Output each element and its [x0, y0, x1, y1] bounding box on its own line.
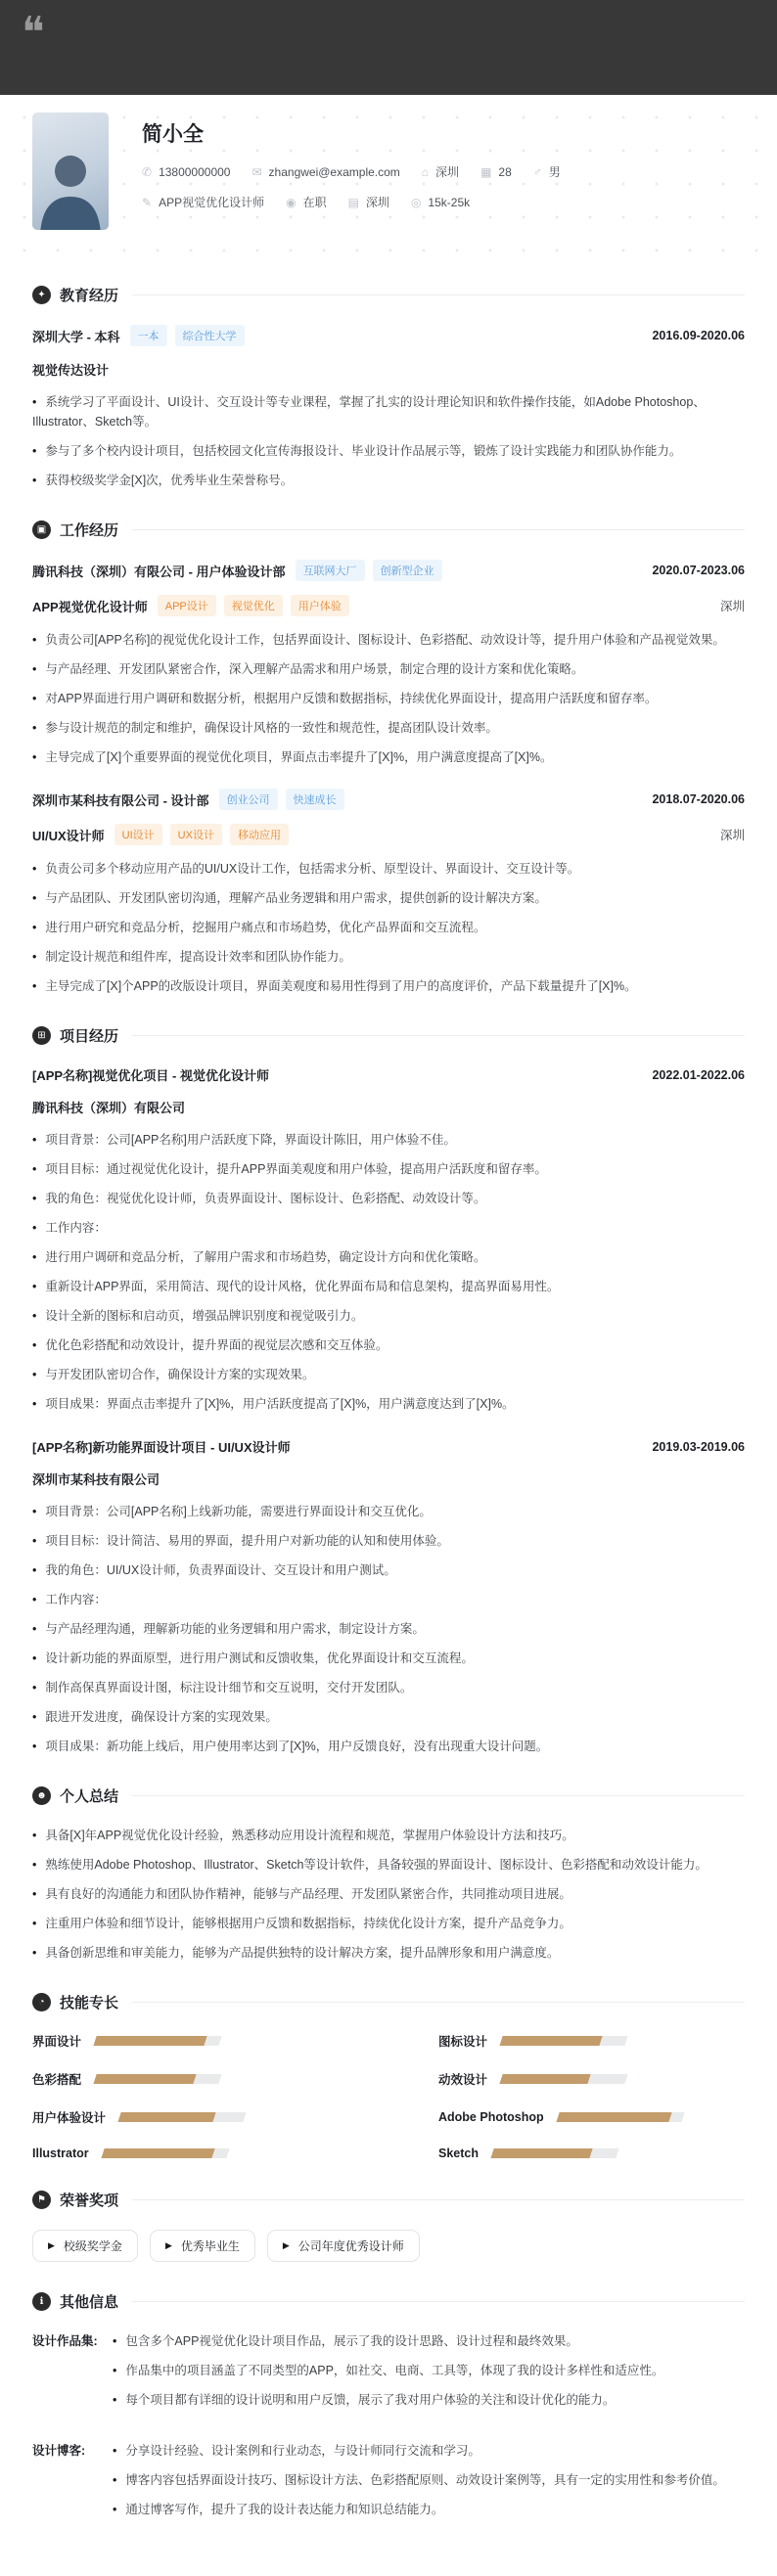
- skill-bar: [93, 2074, 221, 2084]
- contact-item: ▦ 28: [480, 165, 512, 179]
- play-icon: ▶: [165, 2240, 172, 2251]
- section-title: 项目经历: [60, 1025, 118, 1046]
- other-group: 设计作品集: •包含多个APP视觉优化设计项目作品，展示了我的设计思路、设计过程…: [32, 2331, 745, 2419]
- bullet-item: •通过博客写作，提升了我的设计表达能力和知识总结能力。: [113, 2500, 745, 2519]
- contact-text: 深圳: [435, 163, 459, 180]
- bullet-item: •项目背景：公司[APP名称]上线新功能，需要进行界面设计和交互优化。: [32, 1502, 745, 1521]
- bullet-item: •我的角色：UI/UX设计师，负责界面设计、交互设计和用户测试。: [32, 1560, 745, 1580]
- contact-text: 13800000000: [159, 165, 230, 179]
- skill-bar-fill: [556, 2112, 671, 2122]
- skill-label: 界面设计: [32, 2032, 81, 2050]
- resume-page: ❝ 简小全 ✆ 13800000000 ✉ zhangwei@example.c…: [0, 0, 777, 2576]
- section-divider: [132, 1035, 745, 1036]
- home-icon: ⌂: [422, 165, 429, 179]
- skill-bar-fill: [101, 2148, 214, 2158]
- bullet-item: •博客内容包括界面设计技巧、图标设计方法、色彩搭配原则、动效设计案例等，具有一定…: [113, 2470, 745, 2490]
- project-date: 2022.01-2022.06: [652, 1068, 745, 1082]
- section-title: 工作经历: [60, 520, 118, 540]
- education-date: 2016.09-2020.06: [652, 329, 745, 342]
- bullet-item: •设计新功能的界面原型，进行用户测试和反馈收集，优化界面设计和交互流程。: [32, 1649, 745, 1668]
- skill-item: 色彩搭配: [32, 2070, 438, 2088]
- role-tag: 移动应用: [230, 824, 289, 845]
- section-title: 其他信息: [60, 2291, 118, 2312]
- contact-text: 28: [498, 165, 511, 179]
- contact-text: 男: [549, 163, 561, 180]
- project-item: [APP名称]视觉优化项目 - 视觉优化设计师 2022.01-2022.06 …: [32, 1065, 745, 1414]
- bullet-item: •项目成果：界面点击率提升了[X]%，用户活跃度提高了[X]%，用户满意度达到了…: [32, 1394, 745, 1414]
- skill-bar: [93, 2036, 221, 2046]
- section-awards: ⚑ 荣誉奖项 ▶ 校级奖学金 ▶ 优秀毕业生 ▶ 公司年度优秀设计师: [0, 2190, 777, 2262]
- skill-bar-fill: [117, 2112, 216, 2122]
- city-icon: ▤: [348, 196, 359, 209]
- project-bullets: •项目背景：公司[APP名称]上线新功能，需要进行界面设计和交互优化。•项目目标…: [32, 1502, 745, 1756]
- bullet-item: •进行用户研究和竞品分析，挖掘用户痛点和市场趋势，优化产品界面和交互流程。: [32, 918, 745, 937]
- section-title: 技能专长: [60, 1992, 118, 2012]
- skill-label: 用户体验设计: [32, 2108, 106, 2126]
- project-company: 腾讯科技（深圳）有限公司: [32, 1098, 745, 1116]
- award-pill[interactable]: ▶ 公司年度优秀设计师: [267, 2230, 420, 2262]
- project-company: 深圳市某科技有限公司: [32, 1469, 745, 1488]
- play-icon: ▶: [48, 2240, 55, 2251]
- other-info-icon: ℹ: [32, 2292, 51, 2311]
- job-bullets: •负责公司多个移动应用产品的UI/UX设计工作，包括需求分析、原型设计、界面设计…: [32, 859, 745, 996]
- company-tag: 创业公司: [219, 789, 278, 810]
- section-divider: [132, 529, 745, 530]
- contact-item: ✆ 13800000000: [142, 165, 230, 179]
- bullet-item: •获得校级奖学金[X]次，优秀毕业生荣誉称号。: [32, 471, 745, 490]
- project-name: [APP名称]新功能界面设计项目 - UI/UX设计师: [32, 1437, 291, 1456]
- section-summary: ☻ 个人总结 •具备[X]年APP视觉优化设计经验，熟悉移动应用设计流程和规范，…: [0, 1785, 777, 1963]
- bullet-item: •主导完成了[X]个重要界面的视觉优化项目，界面点击率提升了[X]%，用户满意度…: [32, 747, 745, 767]
- bullet-item: •与产品经理沟通，理解新功能的业务逻辑和用户需求，制定设计方案。: [32, 1619, 745, 1639]
- bullet-item: •项目目标：通过视觉优化设计，提升APP界面美观度和用户体验，提高用户活跃度和留…: [32, 1159, 745, 1179]
- section-divider: [132, 2301, 745, 2302]
- role-tag: UX设计: [170, 824, 222, 845]
- contact-row-1: ✆ 13800000000 ✉ zhangwei@example.com ⌂ 深…: [142, 163, 582, 180]
- job-company: 腾讯科技（深圳）有限公司 - 用户体验设计部: [32, 562, 286, 580]
- section-other: ℹ 其他信息 设计作品集: •包含多个APP视觉优化设计项目作品，展示了我的设计…: [0, 2291, 777, 2529]
- bullet-item: •跟进开发进度，确保设计方案的实现效果。: [32, 1707, 745, 1727]
- bullet-item: •项目背景：公司[APP名称]用户活跃度下降，界面设计陈旧，用户体验不佳。: [32, 1130, 745, 1150]
- section-education: ✦ 教育经历 深圳大学 - 本科 一本综合性大学 2016.09-2020.06…: [0, 285, 777, 490]
- bullet-item: •熟练使用Adobe Photoshop、Illustrator、Sketch等…: [32, 1855, 745, 1875]
- bullet-item: •制定设计规范和组件库，提高设计效率和团队协作能力。: [32, 947, 745, 967]
- award-pill[interactable]: ▶ 校级奖学金: [32, 2230, 138, 2262]
- skill-label: 色彩搭配: [32, 2070, 81, 2088]
- company-tag: 快速成长: [286, 789, 344, 810]
- section-divider: [132, 1795, 745, 1796]
- section-projects: ⊞ 项目经历 [APP名称]视觉优化项目 - 视觉优化设计师 2022.01-2…: [0, 1025, 777, 1756]
- job-date: 2020.07-2023.06: [652, 564, 745, 577]
- bullet-item: •负责公司[APP名称]的视觉优化设计工作，包括界面设计、图标设计、色彩搭配、动…: [32, 630, 745, 650]
- award-label: 优秀毕业生: [181, 2237, 240, 2254]
- section-title: 荣誉奖项: [60, 2190, 118, 2210]
- mail-icon: ✉: [251, 165, 261, 179]
- bullet-item: •与开发团队密切合作，确保设计方案的实现效果。: [32, 1365, 745, 1384]
- contact-item: ⌂ 深圳: [422, 163, 459, 180]
- skill-bar: [117, 2112, 246, 2122]
- contact-text: 深圳: [366, 194, 389, 210]
- other-group-label: 设计作品集:: [32, 2331, 113, 2419]
- profile-header: 简小全 ✆ 13800000000 ✉ zhangwei@example.com…: [0, 95, 777, 255]
- school-name: 深圳大学 - 本科: [32, 327, 120, 345]
- summary-icon: ☻: [32, 1786, 51, 1805]
- company-tag: 创新型企业: [373, 560, 442, 581]
- awards-icon: ⚑: [32, 2191, 51, 2209]
- bullet-item: •进行用户调研和竞品分析，了解用户需求和市场趋势，确定设计方向和优化策略。: [32, 1247, 745, 1267]
- project-bullets: •项目背景：公司[APP名称]用户活跃度下降，界面设计陈旧，用户体验不佳。•项目…: [32, 1130, 745, 1414]
- bullet-item: •项目目标：设计简洁、易用的界面，提升用户对新功能的认知和使用体验。: [32, 1531, 745, 1551]
- project-item: [APP名称]新功能界面设计项目 - UI/UX设计师 2019.03-2019…: [32, 1437, 745, 1756]
- status-icon: ◉: [286, 196, 296, 209]
- section-title: 教育经历: [60, 285, 118, 305]
- skill-bar: [499, 2074, 627, 2084]
- award-pill[interactable]: ▶ 优秀毕业生: [150, 2230, 255, 2262]
- gender-icon: ♂: [533, 165, 542, 179]
- section-title: 个人总结: [60, 1785, 118, 1806]
- job-location: 深圳: [720, 597, 745, 614]
- section-work: ▣ 工作经历 腾讯科技（深圳）有限公司 - 用户体验设计部 互联网大厂创新型企业…: [0, 520, 777, 996]
- skill-bar: [556, 2112, 684, 2122]
- job-location: 深圳: [720, 826, 745, 843]
- bullet-item: •优化色彩搭配和动效设计，提升界面的视觉层次感和交互体验。: [32, 1335, 745, 1355]
- other-group: 设计博客: •分享设计经验、设计案例和行业动态，与设计师同行交流和学习。•博客内…: [32, 2441, 745, 2529]
- bullet-item: •作品集中的项目涵盖了不同类型的APP，如社交、电商、工具等，体现了我的设计多样…: [113, 2361, 745, 2380]
- award-label: 校级奖学金: [64, 2237, 122, 2254]
- skill-label: Illustrator: [32, 2147, 89, 2160]
- profile-name: 简小全: [142, 118, 582, 148]
- bullet-item: •主导完成了[X]个APP的改版设计项目，界面美观度和易用性得到了用户的高度评价…: [32, 976, 745, 996]
- bullet-item: •具备[X]年APP视觉优化设计经验，熟悉移动应用设计流程和规范，掌握用户体验设…: [32, 1826, 745, 1845]
- top-dark-bar: ❝: [0, 0, 777, 95]
- project-date: 2019.03-2019.06: [652, 1440, 745, 1454]
- bullet-item: •与产品经理、开发团队紧密合作，深入理解产品需求和用户场景，制定合理的设计方案和…: [32, 659, 745, 679]
- skill-bar-fill: [93, 2036, 206, 2046]
- bullet-item: •工作内容：: [32, 1590, 745, 1609]
- contact-item: ◎ 15k-25k: [411, 196, 470, 209]
- school-tag: 一本: [130, 325, 167, 346]
- section-divider: [132, 2002, 745, 2003]
- job-bullets: •负责公司[APP名称]的视觉优化设计工作，包括界面设计、图标设计、色彩搭配、动…: [32, 630, 745, 767]
- bullet-item: •工作内容：: [32, 1218, 745, 1238]
- skill-label: Adobe Photoshop: [438, 2110, 544, 2124]
- bullet-item: •每个项目都有详细的设计说明和用户反馈，展示了我对用户体验的关注和设计优化的能力…: [113, 2390, 745, 2410]
- skill-item: 用户体验设计: [32, 2108, 438, 2126]
- skill-item: Sketch: [438, 2147, 745, 2160]
- skill-label: 图标设计: [438, 2032, 487, 2050]
- contact-text: APP视觉优化设计师: [159, 194, 264, 210]
- quote-icon: ❝: [22, 12, 45, 55]
- skill-bar-fill: [499, 2036, 603, 2046]
- bullet-item: •项目成果：新功能上线后，用户使用率达到了[X]%，用户反馈良好，没有出现重大设…: [32, 1737, 745, 1756]
- skill-item: Illustrator: [32, 2147, 438, 2160]
- bullet-item: •参与设计规范的制定和维护，确保设计风格的一致性和规范性，提高团队设计效率。: [32, 718, 745, 738]
- skill-bar: [490, 2148, 618, 2158]
- skill-item: 界面设计: [32, 2032, 438, 2050]
- bullet-item: •包含多个APP视觉优化设计项目作品，展示了我的设计思路、设计过程和最终效果。: [113, 2331, 745, 2351]
- skill-bar-fill: [490, 2148, 592, 2158]
- portrait-silhouette: [32, 140, 109, 230]
- skill-label: Sketch: [438, 2147, 479, 2160]
- role-tag: 视觉优化: [224, 595, 283, 616]
- contact-item: ✎ APP视觉优化设计师: [142, 194, 264, 210]
- job-company: 深圳市某科技有限公司 - 设计部: [32, 791, 209, 809]
- other-group-bullets: •分享设计经验、设计案例和行业动态，与设计师同行交流和学习。•博客内容包括界面设…: [113, 2441, 745, 2529]
- job-date: 2018.07-2020.06: [652, 792, 745, 806]
- other-group-bullets: •包含多个APP视觉优化设计项目作品，展示了我的设计思路、设计过程和最终效果。•…: [113, 2331, 745, 2419]
- bullet-item: •设计全新的图标和启动页，增强品牌识别度和视觉吸引力。: [32, 1306, 745, 1326]
- job-item: 深圳市某科技有限公司 - 设计部 创业公司快速成长 2018.07-2020.0…: [32, 789, 745, 996]
- bullet-item: •对APP界面进行用户调研和数据分析，根据用户反馈和数据指标，持续优化界面设计，…: [32, 689, 745, 708]
- bullet-item: •具备创新思维和审美能力，能够为产品提供独特的设计解决方案，提升品牌形象和用户满…: [32, 1943, 745, 1963]
- contact-item: ✉ zhangwei@example.com: [251, 165, 399, 179]
- contact-item: ▤ 深圳: [348, 194, 389, 210]
- contact-item: ♂ 男: [533, 163, 561, 180]
- bullet-item: •分享设计经验、设计案例和行业动态，与设计师同行交流和学习。: [113, 2441, 745, 2461]
- skill-item: 图标设计: [438, 2032, 745, 2050]
- bullet-item: •注重用户体验和细节设计，能够根据用户反馈和数据指标，持续优化设计方案，提升产品…: [32, 1914, 745, 1933]
- salary-icon: ◎: [411, 196, 421, 209]
- skill-bar-fill: [93, 2074, 197, 2084]
- bullet-item: •具有良好的沟通能力和团队协作精神，能够与产品经理、开发团队紧密合作，共同推动项…: [32, 1884, 745, 1904]
- work-icon: ▣: [32, 520, 51, 539]
- skills-icon: ◔: [32, 1993, 51, 2011]
- section-divider: [132, 2199, 745, 2200]
- bullet-item: •系统学习了平面设计、UI设计、交互设计等专业课程，掌握了扎实的设计理论知识和软…: [32, 392, 745, 431]
- contact-item: ◉ 在职: [286, 194, 327, 210]
- bullet-item: •参与了多个校内设计项目，包括校园文化宣传海报设计、毕业设计作品展示等，锻炼了设…: [32, 441, 745, 461]
- role-tag: APP设计: [158, 595, 216, 616]
- projects-icon: ⊞: [32, 1026, 51, 1045]
- bullet-item: •制作高保真界面设计图，标注设计细节和交互说明，交付开发团队。: [32, 1678, 745, 1697]
- job-item: 腾讯科技（深圳）有限公司 - 用户体验设计部 互联网大厂创新型企业 2020.0…: [32, 560, 745, 767]
- bullet-item: •我的角色：视觉优化设计师，负责界面设计、图标设计、色彩搭配、动效设计等。: [32, 1189, 745, 1208]
- job-role: APP视觉优化设计师: [32, 597, 148, 615]
- age-icon: ▦: [480, 165, 491, 179]
- project-name: [APP名称]视觉优化项目 - 视觉优化设计师: [32, 1065, 269, 1084]
- profile-photo: [32, 113, 109, 230]
- education-bullets: •系统学习了平面设计、UI设计、交互设计等专业课程，掌握了扎实的设计理论知识和软…: [32, 392, 745, 490]
- skill-bar-fill: [499, 2074, 590, 2084]
- position-icon: ✎: [142, 196, 152, 209]
- skill-item: Adobe Photoshop: [438, 2108, 745, 2126]
- summary-bullets: •具备[X]年APP视觉优化设计经验，熟悉移动应用设计流程和规范，掌握用户体验设…: [32, 1826, 745, 1963]
- company-tag: 互联网大厂: [296, 560, 365, 581]
- job-role: UI/UX设计师: [32, 826, 105, 844]
- school-tag: 综合性大学: [175, 325, 245, 346]
- contact-row-2: ✎ APP视觉优化设计师 ◉ 在职 ▤ 深圳 ◎ 15k-25k: [142, 194, 582, 210]
- other-group-label: 设计博客:: [32, 2441, 113, 2529]
- section-divider: [132, 294, 745, 295]
- bullet-item: •重新设计APP界面，采用简洁、现代的设计风格，优化界面布局和信息架构，提高界面…: [32, 1277, 745, 1296]
- skill-label: 动效设计: [438, 2070, 487, 2088]
- role-tag: 用户体验: [291, 595, 349, 616]
- phone-icon: ✆: [142, 165, 152, 179]
- contact-text: 15k-25k: [428, 196, 470, 209]
- bullet-item: •与产品团队、开发团队密切沟通，理解产品业务逻辑和用户需求，提供创新的设计解决方…: [32, 888, 745, 908]
- skill-bar: [101, 2148, 229, 2158]
- bullet-item: •负责公司多个移动应用产品的UI/UX设计工作，包括需求分析、原型设计、界面设计…: [32, 859, 745, 879]
- play-icon: ▶: [283, 2240, 290, 2251]
- education-icon: ✦: [32, 286, 51, 304]
- contact-text: 在职: [303, 194, 327, 210]
- section-skills: ◔ 技能专长 界面设计 图标设计 色彩搭配: [0, 1992, 777, 2160]
- skill-bar: [499, 2036, 627, 2046]
- skill-item: 动效设计: [438, 2070, 745, 2088]
- page-bottom-spacer: [0, 2551, 777, 2576]
- award-label: 公司年度优秀设计师: [298, 2237, 404, 2254]
- role-tag: UI设计: [114, 824, 162, 845]
- contact-text: zhangwei@example.com: [269, 165, 400, 179]
- major: 视觉传达设计: [32, 360, 745, 379]
